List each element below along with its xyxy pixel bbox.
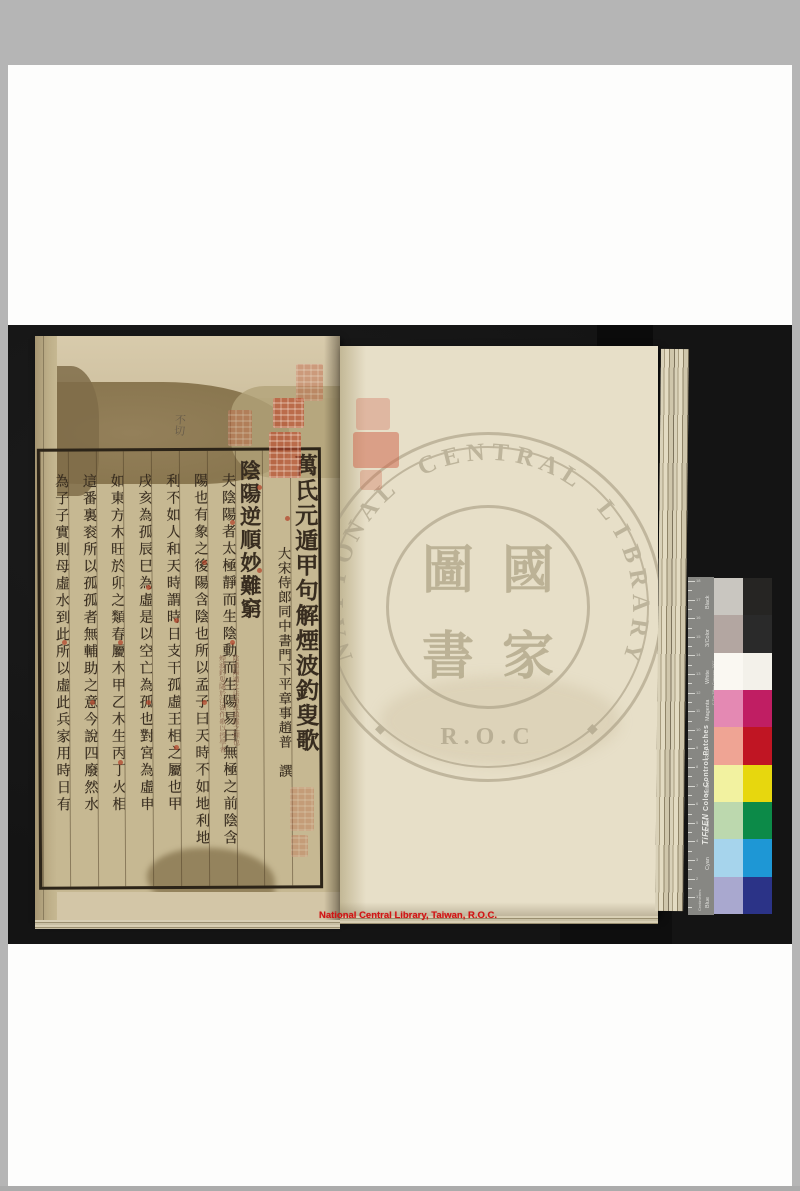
ruler-tick [688,804,695,805]
patch-light-blue [714,877,743,914]
stamp-arc-letter: N [465,439,485,468]
annotation-line: 陰遁陽遁之法消息盈虛之理也 [226,655,241,887]
commentary-column: 如東方木旺於卯之類春屬木甲乙木生丙丁火相 [95,451,125,886]
reading-mark-dot [174,745,179,750]
color-patch-row [714,578,772,615]
ruler-tick [688,693,695,694]
seal-character: 書 [408,608,488,694]
ruler-number: 17 [696,597,700,602]
red-seal [353,432,399,468]
ruler-tick [688,618,695,619]
ruler-tick [688,748,695,749]
color-patch-row [714,690,772,727]
patch-label: White [705,670,711,684]
stamp-arc-letter: T [490,439,510,468]
color-patches [714,578,772,914]
ruler-number: 18 [696,578,700,583]
centimeters-label: Centimeters [697,889,702,911]
ruler-tick [688,655,695,656]
patch-label: Black [705,596,711,609]
ruler-number: 1 [696,894,698,899]
patch-dark-white [743,653,772,690]
commentary-column: 陽也有象之後陽含陰也所以孟子曰天時不如地利地 [179,451,209,886]
red-seal [290,787,314,831]
ruler-number: 2 [696,876,698,881]
reading-mark-dot [257,485,262,490]
handwritten-note: 不切 [172,414,188,437]
ruler-tick-minor [688,702,692,703]
seal-character: 圖 [408,522,488,608]
gutter-shadow [324,336,340,920]
reading-mark-dot [230,520,235,525]
ruler-tick-minor [688,888,692,889]
ruler-tick-minor [688,795,692,796]
patch-label: Magenta [705,700,711,721]
color-patch-row [714,765,772,802]
commentary-column: 利不如人和天時謂時日支干孤虛王相之屬也甲 [151,451,181,886]
patch-light-green [714,802,743,839]
strip-title: Color Control Patches [703,725,710,812]
patch-dark-3/color [743,615,772,652]
patch-light-black [714,578,743,615]
bottom-border [0,1186,800,1191]
patch-light-cyan [714,839,743,876]
stamp-roc-text: R.O.C [428,724,548,751]
ruler-tick [688,711,695,712]
patch-light-red [714,727,743,764]
reading-mark-dot [285,516,290,521]
patch-dark-cyan [743,839,772,876]
ruler-tick [688,730,695,731]
patch-dark-green [743,802,772,839]
ruler-number: 15 [696,634,700,639]
reading-mark-dot [146,585,151,590]
stamp-diamond-icon: ◆ [375,720,386,737]
ruler-number: 3 [696,857,698,862]
ruler-number: 4 [696,838,698,843]
ruler-tick-minor [688,665,692,666]
patch-label: Blue [705,897,711,908]
annotation-line: 煙波釣叟隱於江湖作歌以授學者 [213,655,228,887]
red-seal [296,364,323,401]
ruler-tick-minor [688,776,692,777]
stamp-seal-characters: 圖 國 書 家 [408,522,568,694]
commentary-column: 這番裏衮所以孤孤者無輔助之意今說四廢然水 [68,451,98,886]
patch-dark-red [743,727,772,764]
ruler-number: 10 [696,727,700,732]
stamp-arc-letter: A [626,594,654,612]
patch-light-yellow [714,765,743,802]
ruler-tick-minor [688,758,692,759]
commentary-column: 戌亥為孤辰巳為虛是以空亡為孤也對宮為虛申 [123,451,153,886]
library-stamp: NATIONAL CENTRAL LIBRARY R.O.C ◆ ◆ 圖 國 書… [340,432,658,782]
red-seal [269,432,301,478]
color-patch-row [714,877,772,914]
patch-dark-blue [743,877,772,914]
ruler-tick-minor [688,739,692,740]
patch-dark-yellow [743,765,772,802]
color-patch-row [714,615,772,652]
reading-mark-dot [146,700,151,705]
reading-mark-dot [257,568,262,573]
patch-dark-magenta [743,690,772,727]
stamp-arc-letter: T [340,594,350,612]
patch-label: Green [705,818,711,833]
ruler-tick-minor [688,851,692,852]
reading-mark-dot [230,640,235,645]
ruler-tick [688,897,695,898]
page-stack-edge [35,920,340,929]
ruler-tick-minor [688,609,692,610]
ruler-number: 6 [696,801,698,806]
ruler-number: 7 [696,783,698,788]
color-patch-row [714,839,772,876]
ruler-tick [688,581,695,582]
red-seal [291,835,308,857]
ruler-tick-minor [688,869,692,870]
ruler-number: 11 [696,708,700,713]
patch-label: Red [705,748,711,758]
reading-mark-dot [202,560,207,565]
small-annotation: 陰遁陽遁之法消息盈虛之理也 煙波釣叟隱於江湖作歌以授學者 [213,655,241,887]
ruler-number: 9 [696,745,698,750]
patch-label: Yellow [705,780,711,796]
ruler-tick-minor [688,683,692,684]
reading-mark-dot [118,640,123,645]
seal-character: 國 [488,522,568,608]
ruler-tick [688,860,695,861]
ruler-tick [688,823,695,824]
color-patch-row [714,802,772,839]
reading-mark-dot [202,700,207,705]
seal-character: 家 [488,608,568,694]
ruler-number: 5 [696,820,698,825]
reading-mark-dot [174,618,179,623]
reading-mark-dot [62,640,67,645]
ruler-tick [688,674,695,675]
reading-mark-dot [118,760,123,765]
stamp-diamond-icon: ◆ [587,720,598,737]
commentary-column: 為子子實則母虛水到此所以虛此兵家用時日有 [40,452,70,887]
red-seal [360,470,382,490]
ruler-tick [688,600,695,601]
ruler-tick [688,767,695,768]
ruler-tick-minor [688,814,692,815]
patch-light-3/color [714,615,743,652]
ruler-number: 12 [696,690,700,695]
ruler-tick-minor [688,646,692,647]
ruler-tick [688,637,695,638]
ruler-number: 14 [696,652,700,657]
ruler-tick [688,786,695,787]
ruler-tick-minor [688,721,692,722]
patch-light-white [714,653,743,690]
color-patch-row [714,727,772,764]
ruler-tick [688,879,695,880]
reading-mark-dot [90,700,95,705]
fore-edge-page-stack [655,349,689,911]
color-patch-row [714,653,772,690]
patch-dark-black [743,578,772,615]
ruler-tick-minor [688,907,692,908]
ruler-tick-minor [688,832,692,833]
ruler-tick-minor [688,628,692,629]
patch-light-magenta [714,690,743,727]
book-scan-area: 萬氏元遁甲句解煙波釣叟歌 大宋侍郎同中書門下平章事趙普 譔 陰陽逆順妙難窮 夫陰… [8,325,792,944]
ruler-tick [688,841,695,842]
text-frame: 萬氏元遁甲句解煙波釣叟歌 大宋侍郎同中書門下平章事趙普 譔 陰陽逆順妙難窮 夫陰… [37,447,323,889]
ruler-number: 16 [696,615,700,620]
ruler-number: 8 [696,764,698,769]
red-seal [356,398,390,430]
right-page: NATIONAL CENTRAL LIBRARY R.O.C ◆ ◆ 圖 國 書… [340,346,658,916]
library-caption: National Central Library, Taiwan, R.O.C. [248,910,568,921]
red-seal [273,398,304,428]
tiffen-color-strip: TiFFEN Color Control Patches © The Tiffe… [688,577,772,915]
red-seal [228,410,252,446]
patch-label: 3/Color [705,629,711,647]
patch-label: Cyan [705,858,711,871]
ruler-number: 13 [696,671,700,676]
left-page: 萬氏元遁甲句解煙波釣叟歌 大宋侍郎同中書門下平章事趙普 譔 陰陽逆順妙難窮 夫陰… [35,336,340,920]
ruler-tick-minor [688,590,692,591]
